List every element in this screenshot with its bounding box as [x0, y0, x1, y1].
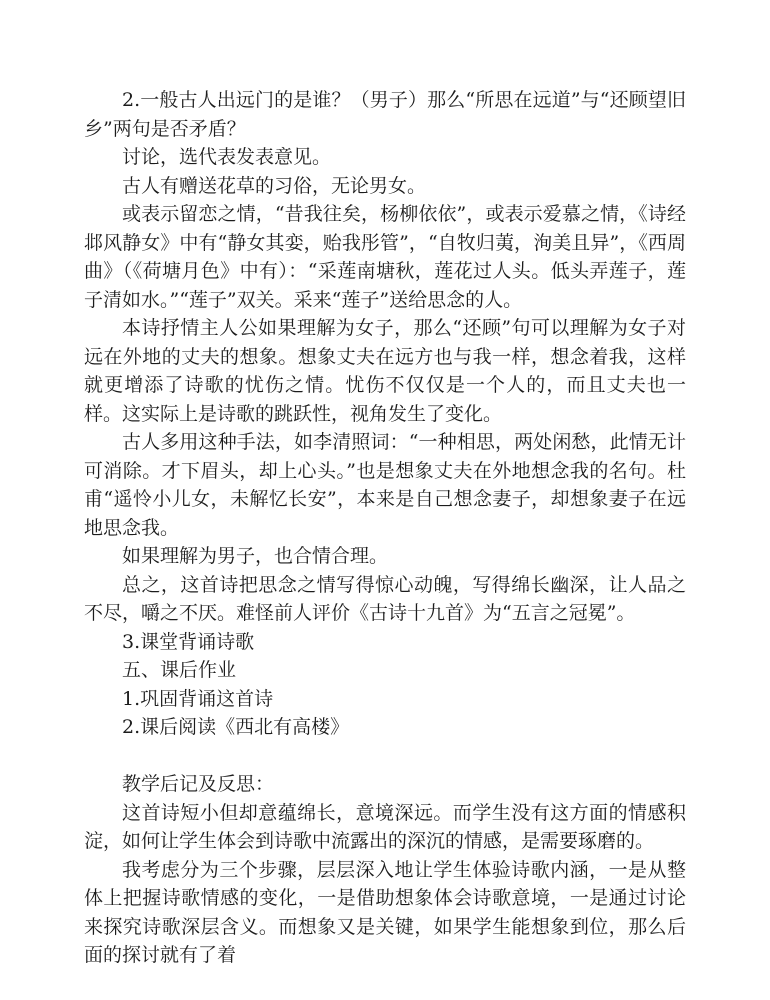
paragraph: 或表示留恋之情，“昔我往矣，杨柳依依”，或表示爱慕之情，《诗经邶风静女》中有“静…	[84, 200, 686, 314]
paragraph: 五、课后作业	[84, 656, 686, 685]
document-page: 2.一般古人出远门的是谁？（男子）那么“所思在远道”与“还顾望旧乡”两句是否矛盾…	[0, 0, 770, 1000]
paragraph: 2.课后阅读《西北有高楼》	[84, 713, 686, 742]
paragraph: 讨论，选代表发表意见。	[84, 143, 686, 172]
paragraph	[84, 742, 686, 771]
paragraph: 我考虑分为三个步骤，层层深入地让学生体验诗歌内涵，一是从整体上把握诗歌情感的变化…	[84, 856, 686, 970]
paragraph: 总之，这首诗把思念之情写得惊心动魄，写得绵长幽深，让人品之不尽，嚼之不厌。难怪前…	[84, 571, 686, 628]
paragraph: 如果理解为男子，也合情合理。	[84, 542, 686, 571]
paragraph: 古人多用这种手法，如李清照词：“一种相思，两处闲愁，此情无计可消除。才下眉头，却…	[84, 428, 686, 542]
paragraph: 这首诗短小但却意蕴绵长，意境深远。而学生没有这方面的情感积淀，如何让学生体会到诗…	[84, 799, 686, 856]
paragraph: 古人有赠送花草的习俗，无论男女。	[84, 172, 686, 201]
paragraph: 1.巩固背诵这首诗	[84, 685, 686, 714]
document-body: 2.一般古人出远门的是谁？（男子）那么“所思在远道”与“还顾望旧乡”两句是否矛盾…	[84, 86, 686, 970]
paragraph: 3.课堂背诵诗歌	[84, 628, 686, 657]
paragraph: 2.一般古人出远门的是谁？（男子）那么“所思在远道”与“还顾望旧乡”两句是否矛盾…	[84, 86, 686, 143]
paragraph: 本诗抒情主人公如果理解为女子，那么“还顾”句可以理解为女子对远在外地的丈夫的想象…	[84, 314, 686, 428]
paragraph: 教学后记及反思：	[84, 770, 686, 799]
